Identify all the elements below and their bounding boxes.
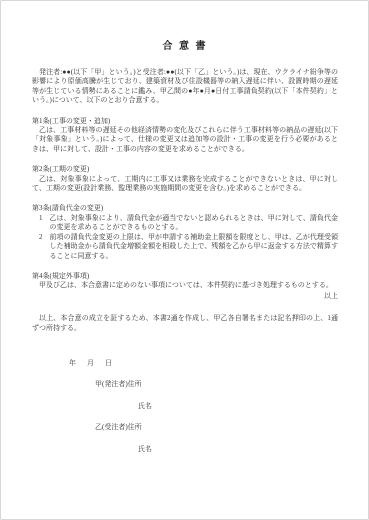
article-3-item-1-text: 乙は、対象事象により、請負代金が適当でないと認められるときは、甲に対して、請負代… <box>50 214 339 233</box>
article-1-heading: 第1条(工事の変更・追加) <box>32 117 338 126</box>
article-3-items: 1 乙は、対象事象により、請負代金が適当でないと認められるときは、甲に対して、請… <box>32 214 338 261</box>
article-4-heading: 第4条(規定外事項) <box>32 272 338 281</box>
article-3-item-2-text: 前項の請負代金変更の上限は、甲が申請する補助金上限額を限度とし、甲は、乙が代理受… <box>50 233 339 261</box>
article-3-item-1-number: 1 <box>32 214 50 233</box>
party-otsu-name-label: 氏名 <box>32 445 338 454</box>
signature-section: 年 月 日 甲(発注者)住所 氏名 乙(受注者)住所 氏名 <box>32 359 338 454</box>
document-page: 合 意 書 発注者:●●(以下「甲」という。)と受注者:●●(以下「乙」という。… <box>0 0 369 520</box>
article-2-heading: 第2条(工期の変更) <box>32 165 338 174</box>
document-title: 合 意 書 <box>32 37 338 52</box>
article-3-heading: 第3条(請負代金の変更) <box>32 204 338 213</box>
preamble-paragraph: 発注者:●●(以下「甲」という。)と受注者:●●(以下「乙」という。)は、現在、… <box>32 68 338 106</box>
party-kou-name-label: 氏名 <box>32 402 338 411</box>
article-3-item-2-number: 2 <box>32 233 50 261</box>
closing-paragraph: 以上、本合意の成立を証するため、本書2通を作成し、甲乙各自署名または記名押印の上… <box>32 314 338 333</box>
article-1: 第1条(工事の変更・追加) 乙は、工事材料等の遅延その他経済情勢の変化及びこれら… <box>32 117 338 155</box>
article-3: 第3条(請負代金の変更) 1 乙は、対象事象により、請負代金が適当でないと認めら… <box>32 204 338 260</box>
article-3-item-2: 2 前項の請負代金変更の上限は、甲が申請する補助金上限額を限度とし、甲は、乙が代… <box>32 233 338 261</box>
article-2-body: 乙は、対象事象によって、工期内に工事又は業務を完成することができないときは、甲に… <box>32 175 338 194</box>
date-line: 年 月 日 <box>32 359 338 368</box>
party-kou-address-label: 甲(発注者)住所 <box>32 380 338 389</box>
article-4-body: 甲及び乙は、本合意書に定めのない事項については、本件契約に基づき処理するものとす… <box>32 281 338 290</box>
article-4: 第4条(規定外事項) 甲及び乙は、本合意書に定めのない事項については、本件契約に… <box>32 272 338 301</box>
article-3-item-1: 1 乙は、対象事象により、請負代金が適当でないと認められるときは、甲に対して、請… <box>32 214 338 233</box>
party-otsu-address-label: 乙(受注者)住所 <box>32 423 338 432</box>
article-2: 第2条(工期の変更) 乙は、対象事象によって、工期内に工事又は業務を完成すること… <box>32 165 338 193</box>
end-marker: 以上 <box>32 292 338 301</box>
article-1-body: 乙は、工事材料等の遅延その他経済情勢の変化及びこれらに伴う工事材料等の納品の遅延… <box>32 126 338 154</box>
